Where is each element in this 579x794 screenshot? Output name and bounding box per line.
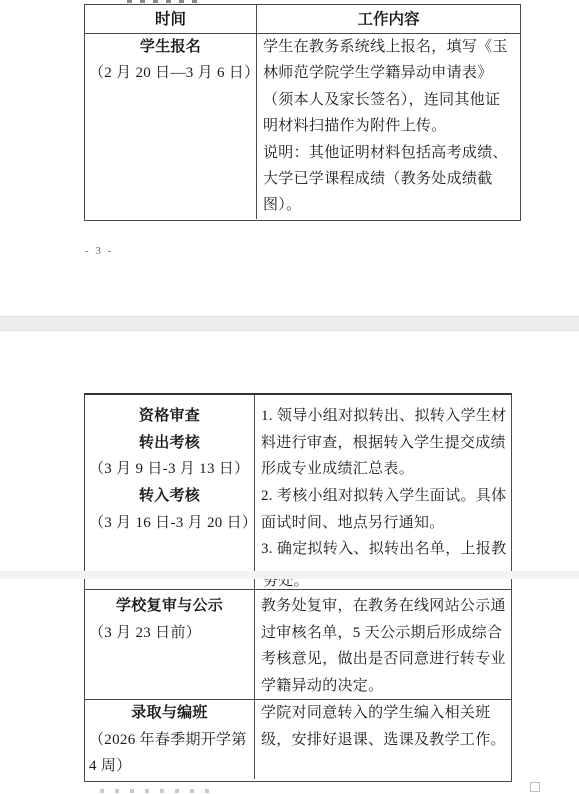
stage-title: 转入考核 bbox=[85, 483, 254, 510]
clipped-text-fragment-bottom bbox=[100, 789, 220, 793]
stage-date: （3 月 9 日-3 月 13 日） bbox=[85, 456, 254, 483]
content-line: 3. 确定拟转入、拟转出名单，上报教 bbox=[261, 536, 511, 563]
content-line: （须本人及家长签名），连同其他证 bbox=[263, 87, 520, 113]
cell-admission-time[interactable]: 录取与编班 （2026 年春季期开学第 4 周） bbox=[85, 700, 255, 779]
content-line: 学院对同意转入的学生编入相关班 bbox=[261, 700, 511, 727]
cell-recheck-content[interactable]: 教务处复审，在教务在线网站公示通 过审核名单，5 天公示期后形成综合 考核意见，… bbox=[255, 590, 511, 699]
table-row-school-recheck: 学校复审与公示 （3 月 23 日前） 教务处复审，在教务在线网站公示通 过审核… bbox=[85, 590, 511, 700]
content-line: 1. 领导小组对拟转出、拟转入学生材 bbox=[261, 403, 511, 430]
content-line: 教务处复审，在教务在线网站公示通 bbox=[261, 593, 511, 620]
cell-review-time[interactable]: 资格审查 转出考核 （3 月 9 日-3 月 13 日） 转入考核 （3 月 1… bbox=[85, 395, 255, 589]
content-line: 级，安排好退课、选课及教学工作。 bbox=[261, 727, 511, 754]
stage-title: 录取与编班 bbox=[85, 700, 254, 727]
cell-signup-time[interactable]: 学生报名 （2 月 20 日—3 月 6 日） bbox=[85, 34, 257, 219]
content-line: 料进行审查，根据转入学生提交成绩 bbox=[261, 430, 511, 457]
stage-date: （3 月 23 日前） bbox=[85, 620, 254, 647]
cell-signup-content[interactable]: 学生在教务系统线上报名，填写《玉 林师范学院学生学籍异动申请表》 （须本人及家长… bbox=[257, 34, 520, 219]
header-cell-work-content[interactable]: 工作内容 bbox=[257, 5, 520, 33]
page-number: - 3 - bbox=[85, 245, 113, 257]
content-line: 图）。 bbox=[263, 192, 520, 218]
content-line: 考核意见，做出是否同意进行转专业 bbox=[261, 646, 511, 673]
stage-date: （2 月 20 日—3 月 6 日） bbox=[85, 60, 256, 86]
stage-date: 4 周） bbox=[85, 753, 254, 779]
stage-date: （2026 年春季期开学第 bbox=[85, 727, 254, 754]
header-cell-time[interactable]: 时间 bbox=[85, 5, 257, 33]
stage-title: 转出考核 bbox=[85, 430, 254, 457]
content-line: 面试时间、地点另行通知。 bbox=[261, 510, 511, 537]
content-line: 2. 考核小组对拟转入学生面试。具体 bbox=[261, 483, 511, 510]
table-header-row: 时间 工作内容 bbox=[85, 5, 520, 34]
schedule-table-page3: 时间 工作内容 学生报名 （2 月 20 日—3 月 6 日） 学生在教务系统线… bbox=[84, 4, 521, 221]
cell-recheck-time[interactable]: 学校复审与公示 （3 月 23 日前） bbox=[85, 590, 255, 699]
content-line: 学籍异动的决定。 bbox=[261, 673, 511, 699]
clipped-text-fragment-top bbox=[127, 0, 205, 3]
content-line: 大学已学课程成绩（教务处成绩截 bbox=[263, 166, 520, 192]
cell-admission-content[interactable]: 学院对同意转入的学生编入相关班 级，安排好退课、选课及教学工作。 bbox=[255, 700, 511, 779]
table-row-qualification-review: 资格审查 转出考核 （3 月 9 日-3 月 13 日） 转入考核 （3 月 1… bbox=[85, 395, 511, 590]
clipped-text-line: 务处。 bbox=[263, 579, 343, 590]
stage-title: 学生报名 bbox=[85, 34, 256, 60]
content-line: 明材料扫描作为附件上传。 bbox=[263, 113, 520, 139]
cell-review-content[interactable]: 1. 领导小组对拟转出、拟转入学生材 料进行审查，根据转入学生提交成绩 形成专业… bbox=[255, 395, 511, 589]
stage-title: 学校复审与公示 bbox=[85, 593, 254, 620]
content-line: 形成专业成绩汇总表。 bbox=[261, 456, 511, 483]
screenshot-stitch-stripe bbox=[0, 571, 579, 579]
stage-title: 资格审查 bbox=[85, 403, 254, 430]
content-line: 说明：其他证明材料包括高考成绩、 bbox=[263, 140, 520, 166]
table-row-student-signup: 学生报名 （2 月 20 日—3 月 6 日） 学生在教务系统线上报名，填写《玉… bbox=[85, 34, 520, 219]
content-line: 林师范学院学生学籍异动申请表》 bbox=[263, 60, 520, 86]
page-break-gap[interactable] bbox=[0, 316, 579, 331]
table-resize-handle-icon[interactable] bbox=[530, 782, 540, 792]
content-line: 学生在教务系统线上报名，填写《玉 bbox=[263, 34, 520, 60]
table-row-admission-class: 录取与编班 （2026 年春季期开学第 4 周） 学院对同意转入的学生编入相关班… bbox=[85, 700, 511, 779]
document-page-view: 时间 工作内容 学生报名 （2 月 20 日—3 月 6 日） 学生在教务系统线… bbox=[0, 0, 579, 794]
stage-date: （3 月 16 日-3 月 20 日） bbox=[85, 510, 254, 537]
content-line: 过审核名单，5 天公示期后形成综合 bbox=[261, 620, 511, 647]
